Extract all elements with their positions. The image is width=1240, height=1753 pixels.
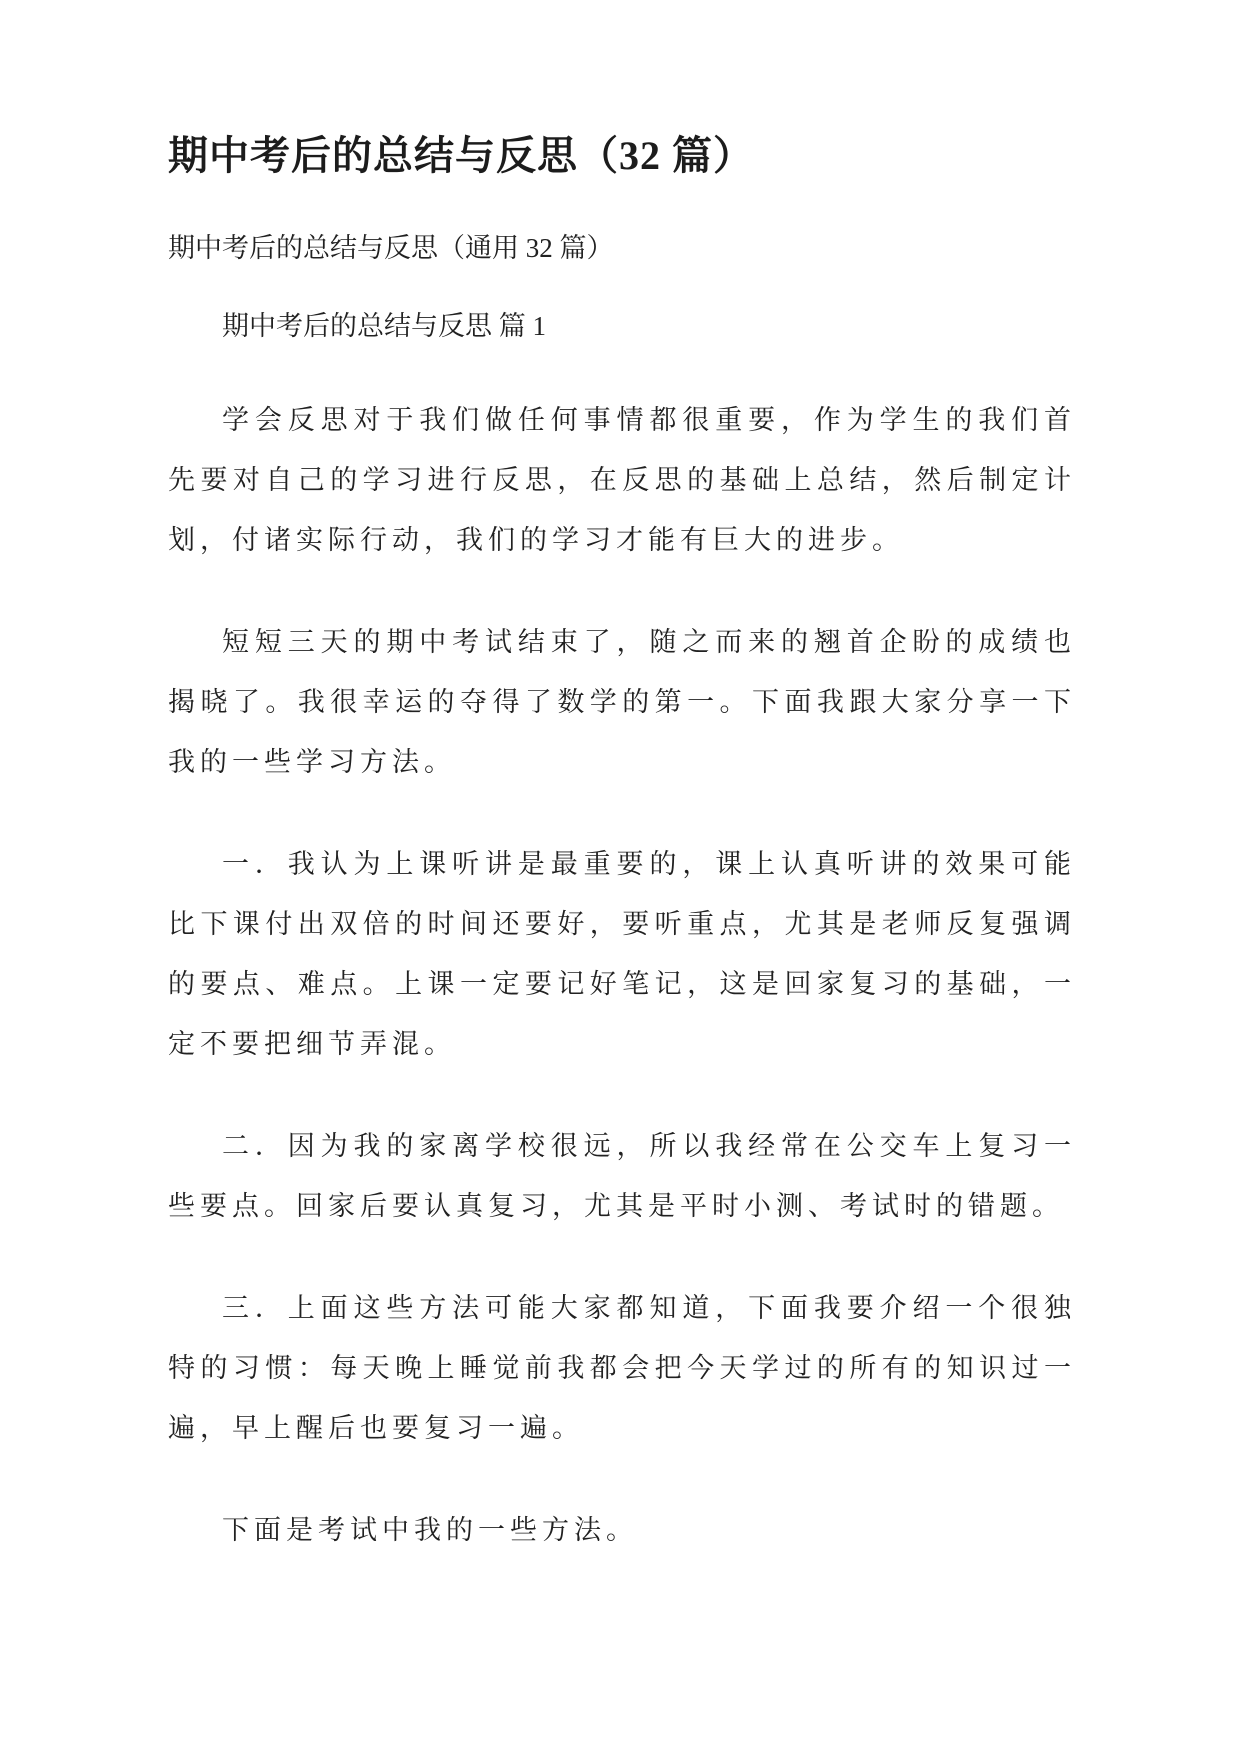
paragraph: 二．因为我的家离学校很远，所以我经常在公交车上复习一些要点。回家后要认真复习，尤… (168, 1116, 1076, 1236)
paragraph: 学会反思对于我们做任何事情都很重要，作为学生的我们首先要对自己的学习进行反思，在… (168, 390, 1076, 570)
document-title: 期中考后的总结与反思（32 篇） (168, 122, 1076, 190)
paragraph: 短短三天的期中考试结束了，随之而来的翘首企盼的成绩也揭晓了。我很幸运的夺得了数学… (168, 612, 1076, 792)
paragraph: 一．我认为上课听讲是最重要的，课上认真听讲的效果可能比下课付出双倍的时间还要好，… (168, 834, 1076, 1074)
paragraph: 三．上面这些方法可能大家都知道，下面我要介绍一个很独特的习惯：每天晚上睡觉前我都… (168, 1278, 1076, 1458)
document-body: 学会反思对于我们做任何事情都很重要，作为学生的我们首先要对自己的学习进行反思，在… (168, 390, 1076, 1560)
paragraph: 下面是考试中我的一些方法。 (168, 1500, 1076, 1560)
document-page: 期中考后的总结与反思（32 篇） 期中考后的总结与反思（通用 32 篇） 期中考… (0, 0, 1240, 1753)
section-heading: 期中考后的总结与反思 篇 1 (168, 304, 1076, 348)
document-subtitle: 期中考后的总结与反思（通用 32 篇） (168, 226, 1076, 270)
